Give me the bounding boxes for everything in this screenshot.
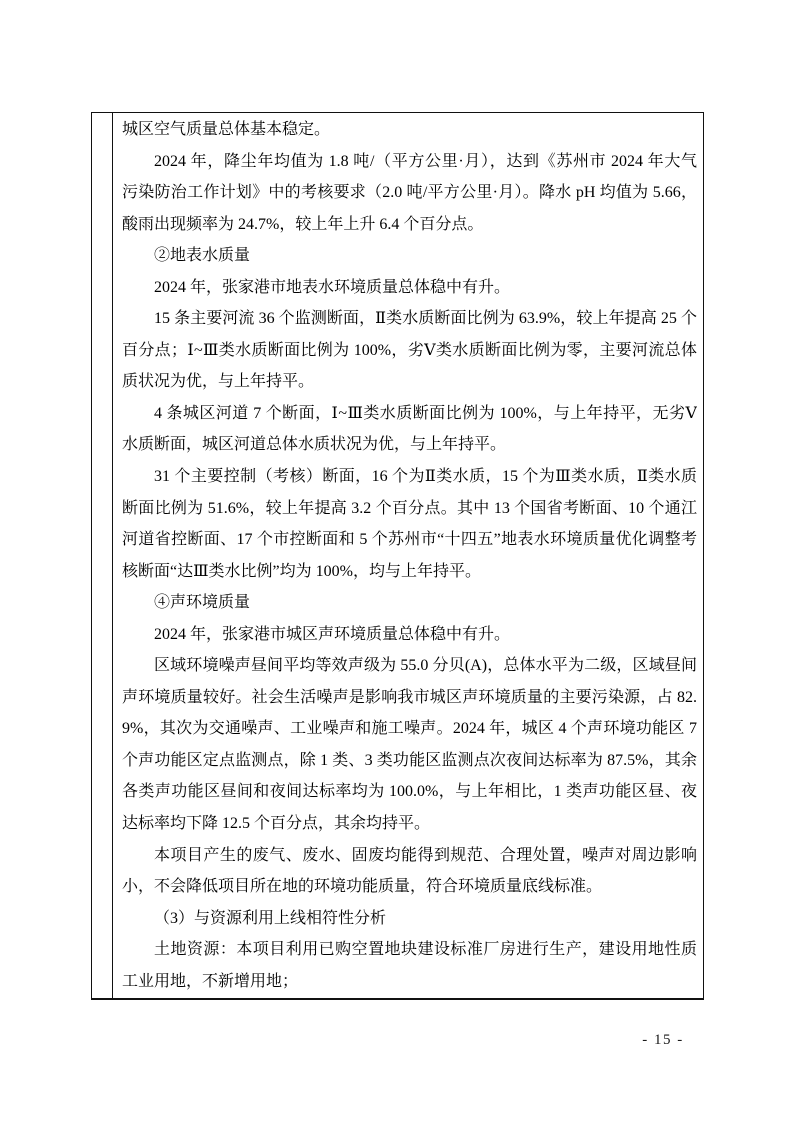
text-line: 土地资源：本项目利用已购空置地块建设标准厂房进行生产，建设用地性质为 [122, 934, 697, 966]
text-line: 2024 年，张家港市地表水环境质量总体稳中有升。 [122, 272, 697, 304]
text-line: 2024 年，降尘年均值为 1.8 吨/（平方公里·月），达到《苏州市 2024… [122, 146, 697, 178]
text-line: ④声环境质量 [122, 587, 697, 619]
text-line: （3）与资源利用上线相符性分析 [122, 903, 697, 935]
text-line: 核断面“达Ⅲ类水比例”均为 100%，均与上年持平。 [122, 556, 697, 588]
document-page: 城区空气质量总体基本稳定。2024 年，降尘年均值为 1.8 吨/（平方公里·月… [0, 0, 793, 1122]
text-line: 河道省控断面、17 个市控断面和 5 个苏州市“十四五”地表水环境质量优化调整考 [122, 524, 697, 556]
text-line: 声环境质量较好。社会生活噪声是影响我市城区声环境质量的主要污染源，占 82. [122, 682, 697, 714]
text-line: 达标率均下降 12.5 个百分点，其余均持平。 [122, 808, 697, 840]
text-line: 4 条城区河道 7 个断面，Ⅰ~Ⅲ类水质断面比例为 100%，与上年持平，无劣Ⅴ… [122, 398, 697, 430]
table-label-column [92, 113, 113, 998]
text-line: 断面比例为 51.6%，较上年提高 3.2 个百分点。其中 13 个国省考断面、… [122, 493, 697, 525]
report-table-frame: 城区空气质量总体基本稳定。2024 年，降尘年均值为 1.8 吨/（平方公里·月… [91, 112, 704, 1000]
text-line: 污染防治工作计划》中的考核要求（2.0 吨/平方公里·月）。降水 pH 均值为 … [122, 177, 697, 209]
text-line: ②地表水质量 [122, 240, 697, 272]
document-lines: 城区空气质量总体基本稳定。2024 年，降尘年均值为 1.8 吨/（平方公里·月… [122, 114, 697, 997]
text-line: 酸雨出现频率为 24.7%，较上年上升 6.4 个百分点。 [122, 209, 697, 241]
text-line: 2024 年，张家港市城区声环境质量总体稳中有升。 [122, 619, 697, 651]
text-line: 9%，其次为交通噪声、工业噪声和施工噪声。2024 年，城区 4 个声环境功能区… [122, 713, 697, 745]
text-line: 百分点；Ⅰ~Ⅲ类水质断面比例为 100%，劣Ⅴ类水质断面比例为零，主要河流总体水 [122, 335, 697, 367]
footer-page-number: - 15 - [630, 1030, 696, 1050]
table-content-cell: 城区空气质量总体基本稳定。2024 年，降尘年均值为 1.8 吨/（平方公里·月… [113, 113, 703, 998]
text-line: 15 条主要河流 36 个监测断面，Ⅱ类水质断面比例为 63.9%，较上年提高 … [122, 303, 697, 335]
text-line: 水质断面，城区河道总体水质状况为优，与上年持平。 [122, 429, 697, 461]
text-line: 本项目产生的废气、废水、固废均能得到规范、合理处置，噪声对周边影响较 [122, 840, 697, 872]
text-line: 个声功能区定点监测点，除 1 类、3 类功能区监测点次夜间达标率为 87.5%，… [122, 745, 697, 777]
text-line: 工业用地，不新增用地； [122, 966, 697, 998]
text-line: 区域环境噪声昼间平均等效声级为 55.0 分贝(A)，总体水平为二级，区域昼间 [122, 650, 697, 682]
text-line: 城区空气质量总体基本稳定。 [122, 114, 697, 146]
text-line: 31 个主要控制（考核）断面，16 个为Ⅱ类水质，15 个为Ⅲ类水质，Ⅱ类水质 [122, 461, 697, 493]
text-line: 小，不会降低项目所在地的环境功能质量，符合环境质量底线标准。 [122, 871, 697, 903]
text-line: 各类声功能区昼间和夜间达标率均为 100.0%，与上年相比，1 类声功能区昼、夜… [122, 776, 697, 808]
text-line: 质状况为优，与上年持平。 [122, 366, 697, 398]
